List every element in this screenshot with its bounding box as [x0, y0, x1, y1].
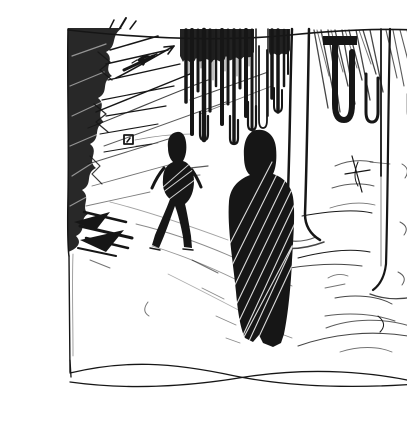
ink-sketch: Ink sketch: two figures walking on a for…: [40, 16, 407, 416]
small-walking-figure: [150, 132, 201, 250]
sketch-page: Loose black pen-and-ink drawing inside a…: [40, 16, 407, 416]
canopy-strokes: [180, 29, 407, 176]
